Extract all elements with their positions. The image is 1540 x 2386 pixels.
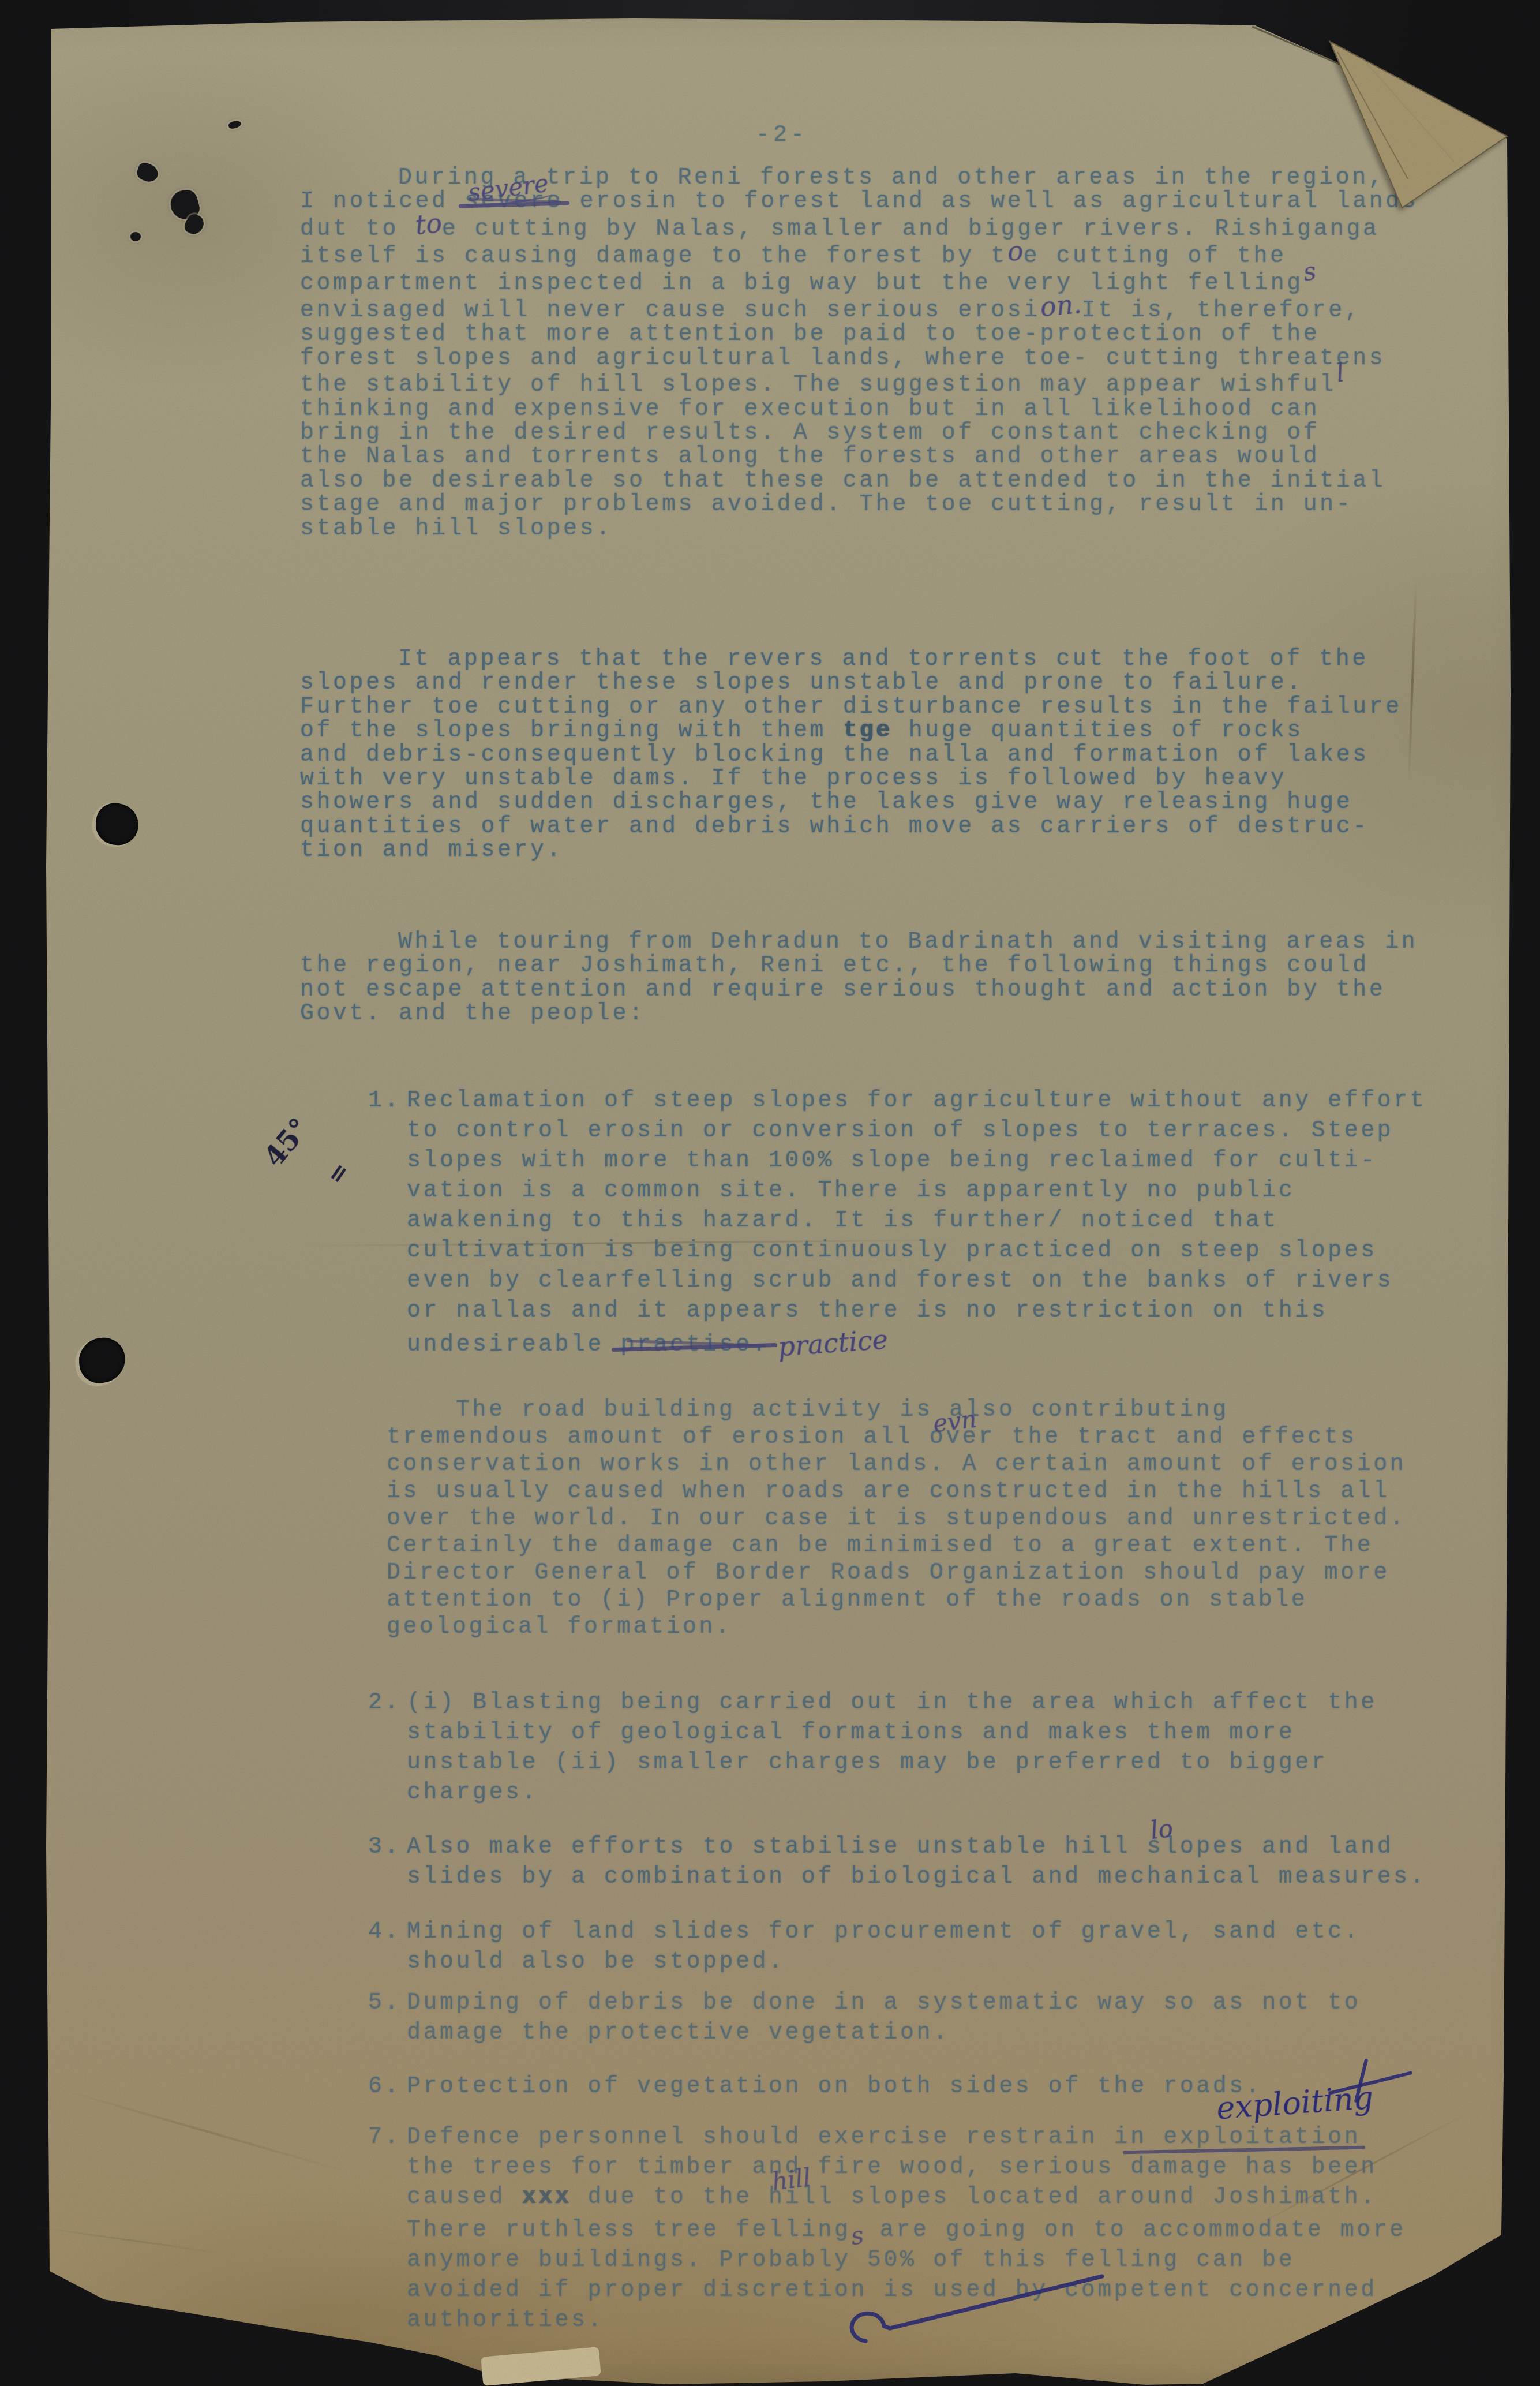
hw-toe: to	[414, 211, 443, 237]
typed-line: stable hill slopes.	[300, 517, 1418, 541]
typed-line: over the world. In our case it is stupen…	[387, 1505, 1406, 1532]
typed-line: 4.Mining of land slides for procurement …	[407, 1917, 1361, 1947]
hw-lo: lo	[1149, 1813, 1175, 1846]
overtyped-word: xxx	[522, 2185, 572, 2211]
paragraph-2: It appears that the revers and torrents …	[300, 648, 1402, 863]
overtyped-word: tge	[843, 718, 893, 744]
item-number: 2.	[368, 1688, 401, 1718]
typed-line: suggested that more attention be paid to…	[300, 323, 1418, 346]
typed-line: avoided if proper discretion is used by …	[407, 2276, 1406, 2306]
typed-line: 7.Defence personnel should exercise rest…	[407, 2123, 1406, 2153]
typed-line: 1.Reclamation of steep slopes for agricu…	[407, 1086, 1426, 1116]
hw-s-fellings: s	[1302, 259, 1317, 284]
typed-line: even by clearfelling scrub and forest on…	[407, 1266, 1426, 1296]
item-number: 7.	[368, 2123, 401, 2153]
typed-line: authorities.	[407, 2306, 1406, 2336]
list-item-4: 4.Mining of land slides for procurement …	[300, 1917, 1361, 1977]
typed-line: and debris-consequently blocking the nal…	[300, 743, 1402, 767]
typed-line: also be desireable so that these can be …	[300, 469, 1418, 493]
typed-line: to control erosin or conversion of slope…	[407, 1116, 1426, 1146]
typed-line: slides by a combination of biological an…	[407, 1863, 1426, 1893]
typed-line: not escape attention and require serious…	[300, 978, 1418, 1002]
typed-line: Further toe cutting or any other disturb…	[300, 695, 1402, 719]
typed-line: the stability of hill slopes. The sugges…	[300, 371, 1418, 397]
typed-line: the Nalas and torrents along the forests…	[300, 445, 1418, 469]
typed-line: envisaged will never cause such serious …	[300, 296, 1418, 323]
typed-line: dut to toe cutting by Nalas, smaller and…	[300, 214, 1418, 241]
typed-line: anymore buildings. Probably 50% of this …	[407, 2246, 1406, 2276]
hw-on: on.	[1039, 292, 1082, 320]
typed-line: The road building activity is also contr…	[387, 1397, 1406, 1424]
typed-line: geological formation.	[387, 1614, 1406, 1641]
typed-line: Certainly the damage can be minimised to…	[387, 1532, 1406, 1559]
typed-line: tremendous amount of erosion all overevn…	[387, 1424, 1406, 1451]
hw-evn: evn	[931, 1405, 978, 1437]
typed-line: of the slopes bringing with them tge hug…	[300, 719, 1402, 743]
page-number: -2-	[756, 122, 808, 148]
item-number: 4.	[368, 1917, 401, 1947]
item-number: 5.	[368, 1988, 401, 2018]
item-number: 3.	[368, 1832, 401, 1863]
list-item-3: 3.Also make efforts to stabilise unstabl…	[300, 1832, 1426, 1893]
typed-line: the trees for timber and fire wood, seri…	[407, 2153, 1406, 2183]
list-item-7: 7.Defence personnel should exercise rest…	[300, 2123, 1406, 2336]
typed-line: It appears that the revers and torrents …	[300, 648, 1402, 671]
typed-line: forest slopes and agricultural lands, wh…	[300, 347, 1418, 371]
list-item-1: 1.Reclamation of steep slopes for agricu…	[300, 1086, 1426, 1360]
typed-line: I noticed severesevere erosin to forest …	[300, 190, 1418, 214]
typed-line: stability of geological formations and m…	[407, 1718, 1377, 1748]
typed-line: bring in the desired results. A system o…	[300, 421, 1418, 445]
hw-hill: hill	[770, 2163, 812, 2197]
hw-practice: practice	[777, 1324, 889, 1362]
typed-line: Director General of Border Roads Organiz…	[387, 1559, 1406, 1587]
typed-line: awakening to this hazard. It is further/…	[407, 1206, 1426, 1236]
item-number: 6.	[368, 2072, 401, 2102]
typed-line: compartment inspected in a big way but t…	[300, 269, 1418, 296]
typed-line: or nallas and it appears there is no res…	[407, 1296, 1426, 1326]
typed-line: slopes with more than 100% slope being r…	[407, 1146, 1426, 1176]
list-item-6: 6.Protection of vegetation on both sides…	[300, 2072, 1262, 2102]
list-item-5: 5.Dumping of debris be done in a systema…	[300, 1988, 1361, 2048]
typed-line: Govt. and the people:	[300, 1002, 1418, 1026]
typed-line: slopes and render these slopes unstable …	[300, 671, 1402, 695]
typed-line: 3.Also make efforts to stabilise unstabl…	[407, 1832, 1426, 1863]
tear-hole	[130, 232, 141, 241]
typed-line: thinking and expensive for execution but…	[300, 398, 1418, 421]
typed-line: undesireable practise.practice	[407, 1326, 1426, 1360]
typed-line: vation is a common site. There is appare…	[407, 1176, 1426, 1206]
typed-line: tion and misery.	[300, 839, 1402, 862]
typed-line: charges.	[407, 1778, 1377, 1808]
list-item-2: 2.(i) Blasting being carried out in the …	[300, 1688, 1377, 1808]
paragraph-3: While touring from Dehradun to Badrinath…	[300, 930, 1418, 1026]
typed-line: caused xxx due to the hillhill slopes lo…	[407, 2183, 1406, 2213]
typed-text-layer: -2- During a trip to Reni forests and ot…	[300, 0, 1448, 2386]
typed-line: 2.(i) Blasting being carried out in the …	[407, 1688, 1377, 1718]
typed-line: There ruthless tree fellings are going o…	[407, 2213, 1406, 2246]
typed-line: 5.Dumping of debris be done in a systema…	[407, 1988, 1361, 2018]
document-scan: -2- During a trip to Reni forests and ot…	[0, 0, 1540, 2386]
typed-line: the region, near Joshimath, Reni etc., t…	[300, 954, 1418, 978]
typed-line: attention to (i) Proper alignment of the…	[387, 1587, 1406, 1614]
struck-word: practise.	[621, 1332, 769, 1358]
hw-o: o	[1006, 239, 1024, 264]
typed-line: is usually caused when roads are constru…	[387, 1478, 1406, 1505]
typed-line: should also be stopped.	[407, 1947, 1361, 1977]
pen-underlined-word: exploitation	[1163, 2125, 1361, 2151]
typed-line: stage and major problems avoided. The to…	[300, 493, 1418, 517]
typed-line: conservation works in other lands. A cer…	[387, 1451, 1406, 1478]
typed-line: itself is causing damage to the forest b…	[300, 241, 1418, 268]
typed-line: quantities of water and debris which mov…	[300, 815, 1402, 839]
typed-line: 6.Protection of vegetation on both sides…	[407, 2072, 1262, 2102]
road-paragraph: The road building activity is also contr…	[387, 1397, 1406, 1641]
paragraph-1: During a trip to Reni forests and other …	[300, 166, 1418, 541]
typed-line: unstable (ii) smaller charges may be pre…	[407, 1748, 1377, 1778]
typed-line: showers and sudden discharges, the lakes…	[300, 791, 1402, 814]
typed-line: damage the protective vegetation.	[407, 2018, 1361, 2048]
item-number: 1.	[368, 1086, 401, 1116]
typed-line: with very unstable dams. If the process …	[300, 767, 1402, 791]
typed-line: While touring from Dehradun to Badrinath…	[300, 930, 1418, 954]
typed-line: cultivation is being continuously practi…	[407, 1236, 1426, 1266]
